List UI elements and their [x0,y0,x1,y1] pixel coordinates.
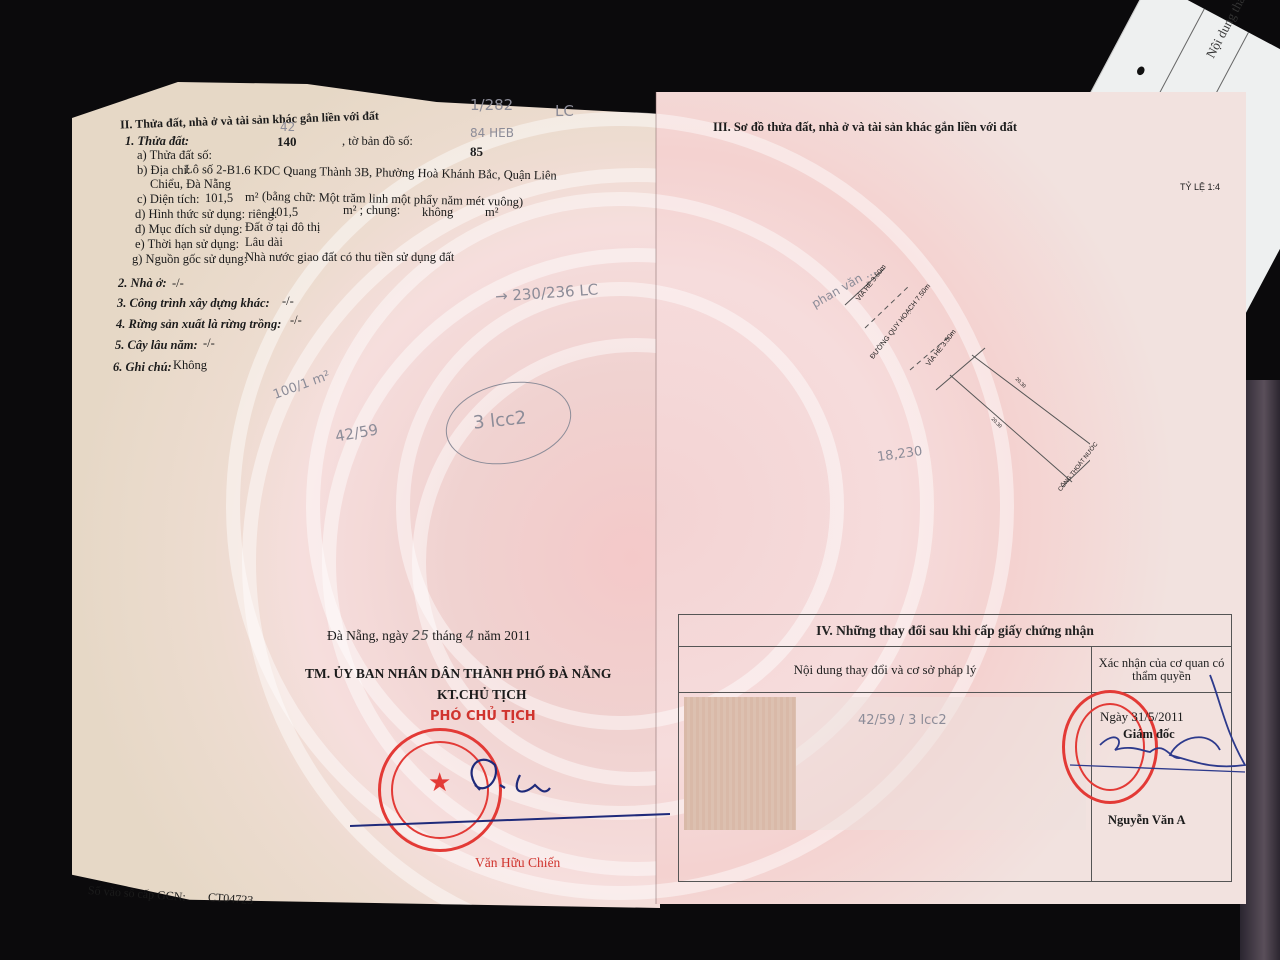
item-notes-value: Không [173,358,207,373]
map-sheet-number: 85 [470,144,483,160]
plot-number: 140 [277,134,297,150]
handwritten-note-top2: LC [555,102,574,120]
purpose-label: đ) Mục đích sử dụng: [135,222,242,237]
issue-date-line: Đà Nẵng, ngày 25 tháng 4 năm 2011 [327,628,531,644]
signature-right [1070,670,1250,790]
changes-hand-note: 42/59 / 3 lcc2 [858,713,947,728]
item-house-value: -/- [172,276,184,291]
signer-position: KT.CHỦ TỊCH [437,687,527,703]
term-value: Lâu dài [245,235,283,250]
vice-chairman-stamp: PHÓ CHỦ TỊCH [430,709,536,724]
handwritten-note-top3: 42 [280,120,295,134]
item-other-construction-label: 3. Công trình xây dựng khác: [117,296,270,311]
changes-title: IV. Những thay đổi sau khi cấp giấy chứn… [679,615,1232,647]
plot-number-label: a) Thửa đất số: [137,148,212,163]
use-form-shared-unit: m² [485,205,498,220]
map-sheet-label: , tờ bản đồ số: [342,134,413,149]
item-house-label: 2. Nhà ở: [118,276,167,291]
term-label: e) Thời hạn sử dụng: [135,237,239,252]
confirm-name: Nguyễn Văn A [1108,813,1186,828]
signature-left [350,740,670,830]
signer-name: Văn Hữu Chiến [475,855,560,871]
redacted-area [684,697,796,830]
origin-value: Nhà nước giao đất có thu tiền sử dụng đấ… [245,250,454,265]
use-form-shared: không [422,205,453,220]
address-label: b) Địa chỉ: [137,163,190,178]
area-unit: m² [245,190,258,205]
origin-label: g) Nguồn gốc sử dụng: [132,252,247,267]
item-other-construction-value: -/- [282,294,294,309]
item-notes-label: 6. Ghi chú: [113,360,172,375]
issue-day: 25 [412,628,429,644]
item-forest-value: -/- [290,313,302,328]
changes-col1-header: Nội dung thay đổi và cơ sở pháp lý [679,647,1092,693]
land-plot-heading: 1. Thửa đất: [125,134,189,149]
area-label: c) Diện tích: [137,192,199,207]
use-form-private-unit: m² ; chung: [343,203,400,218]
purpose-value: Đất ở tại đô thị [245,220,320,235]
area-value: 101,5 [205,191,233,206]
item-perennial-value: -/- [203,336,215,351]
scale-label: TỶ LỆ 1:4 [1180,182,1220,192]
item-forest-label: 4. Rừng sản xuất là rừng trồng: [116,317,281,332]
registry-number: CT04723 [207,890,253,908]
issue-month: 4 [466,628,475,644]
land-use-certificate: II. Thửa đất, nhà ở và tài sản khác gắn … [0,0,1280,960]
handwritten-note-top1: 1/282 [470,96,513,114]
issuing-authority: TM. ỦY BAN NHÂN DÂN THÀNH PHỐ ĐÀ NẴNG [305,666,611,682]
item-perennial-label: 5. Cây lâu năm: [115,338,198,353]
address-cont: Chiểu, Đà Nẵng [150,177,231,192]
use-form-private: 101,5 [270,205,298,220]
section-iii-title: III. Sơ đồ thửa đất, nhà ở và tài sản kh… [713,120,1017,135]
handwritten-note-top4: 84 HEB [470,126,514,140]
